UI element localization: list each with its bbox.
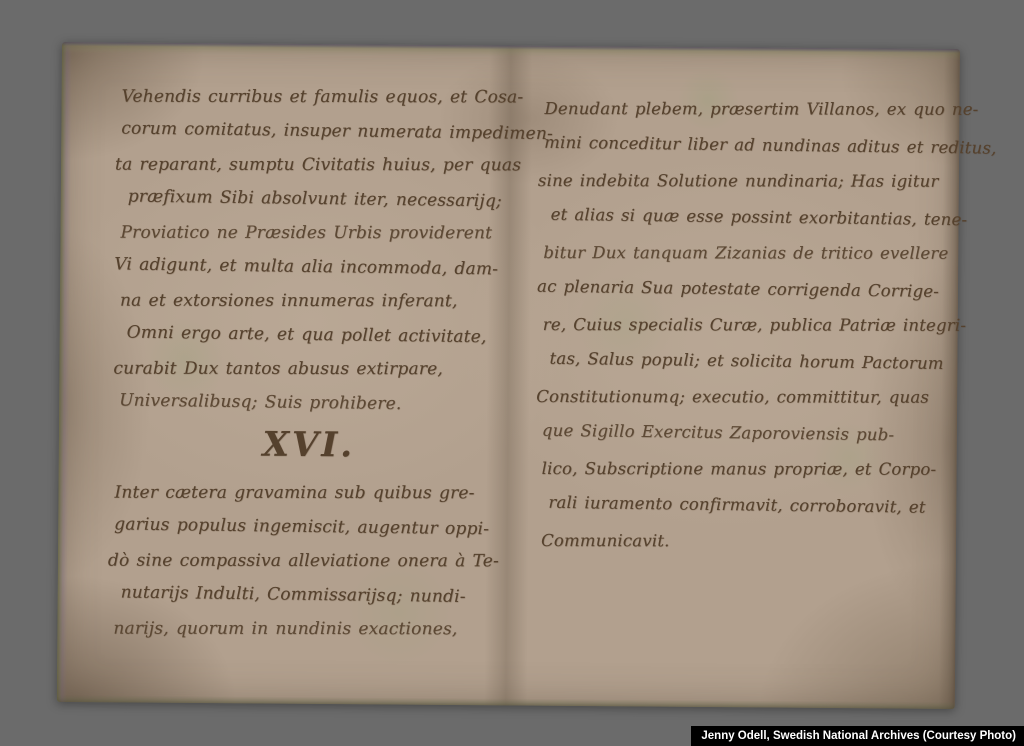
photo-frame: Vehendis curribus et famulis equos, et C… — [0, 0, 1024, 746]
manuscript-line: garius populus ingemiscit, augentur oppi… — [114, 507, 510, 546]
photo-credit: Jenny Odell, Swedish National Archives (… — [691, 726, 1024, 746]
manuscript-line: dò sine compassiva alleviatione onera à … — [108, 544, 510, 579]
manuscript-line: lico, Subscriptione manus propriæ, et Co… — [542, 451, 952, 488]
manuscript-line: mini conceditur liber ad nundinas aditus… — [544, 125, 954, 166]
manuscript-line: Communicavit. — [541, 523, 951, 560]
manuscript-line: Constitutionumq; executio, committitur, … — [536, 379, 952, 416]
manuscript-line: Vi adigunt, et multa alia incommoda, dam… — [114, 247, 512, 286]
manuscript-line: que Sigillo Exercitus Zaporoviensis pub- — [542, 413, 952, 454]
manuscript-line: narijs, quorum in nundinis exactiones, — [113, 612, 509, 647]
manuscript-line: Universalibusq; Suis prohibere. — [119, 383, 511, 422]
manuscript-line: corum comitatus, insuper numerata impedi… — [121, 111, 513, 150]
manuscript-line: ta reparant, sumptu Civitatis huius, per… — [115, 148, 513, 183]
manuscript-line: Proviatico ne Præsides Urbis providerent — [120, 216, 512, 251]
manuscript-line: nutarijs Indulti, Commissarijsq; nundi- — [120, 575, 509, 614]
manuscript-line: rali iuramento confirmavit, corroboravit… — [548, 485, 951, 526]
manuscript-line: Denudant plebem, præsertim Villanos, ex … — [544, 91, 954, 128]
manuscript-line: Inter cætera gravamina sub quibus gre- — [114, 476, 510, 511]
section-heading-xvi: XVI. — [119, 423, 499, 466]
manuscript-line: curabit Dux tantos abusus extirpare, — [113, 352, 511, 387]
right-page-text: Denudant plebem, præsertim Villanos, ex … — [541, 90, 955, 561]
manuscript-line: et alias si quæ esse possint exorbitanti… — [550, 197, 953, 238]
manuscript-line: Vehendis curribus et famulis equos, et C… — [122, 80, 514, 115]
manuscript-spread: Vehendis curribus et famulis equos, et C… — [57, 42, 960, 709]
manuscript-line: præfixum Sibi absolvunt iter, necessarij… — [128, 180, 513, 219]
left-page-lower-text: Inter cætera gravamina sub quibus gre- g… — [113, 474, 510, 647]
manuscript-line: bitur Dux tanquam Zizanias de tritico ev… — [543, 235, 953, 272]
left-page-upper-text: Vehendis curribus et famulis equos, et C… — [119, 78, 514, 421]
manuscript-line: sine indebita Solutione nundinaria; Has … — [538, 163, 954, 200]
manuscript-line: Omni ergo arte, et qua pollet activitate… — [127, 316, 512, 355]
manuscript-line: tas, Salus populi; et solicita horum Pac… — [549, 341, 952, 382]
manuscript-line: na et extorsiones innumeras inferant, — [120, 284, 512, 319]
manuscript-line: ac plenaria Sua potestate corrigenda Cor… — [537, 269, 953, 310]
manuscript-line: re, Cuius specialis Curæ, publica Patriæ… — [543, 307, 953, 344]
